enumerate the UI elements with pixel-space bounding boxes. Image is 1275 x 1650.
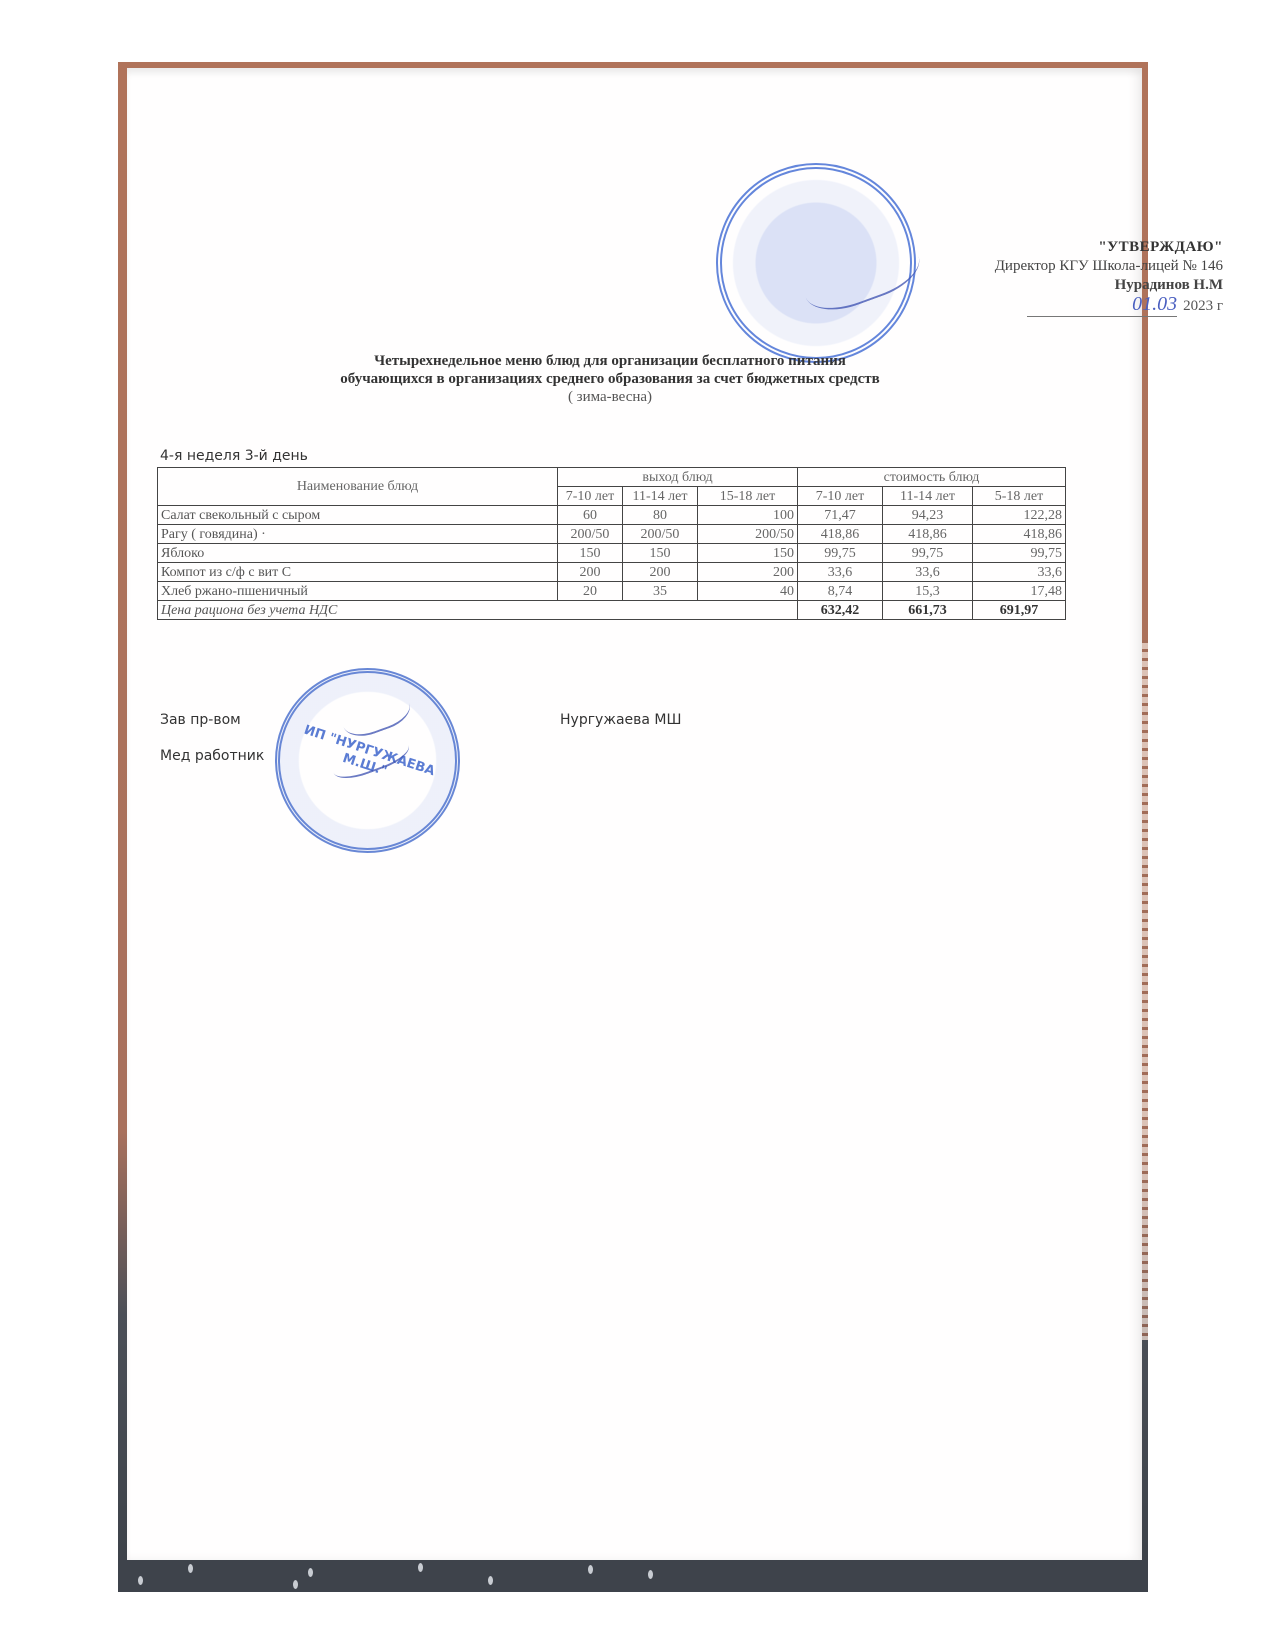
handwritten-date: 01.03	[1132, 293, 1177, 315]
background-bottom	[118, 1560, 1148, 1592]
medic-label: Мед работник	[160, 748, 264, 764]
output-value: 150	[623, 544, 698, 563]
paper-edge	[1142, 640, 1148, 1340]
output-value: 200/50	[558, 525, 623, 544]
dish-name: Компот из с/ф с вит С	[158, 563, 558, 582]
header-dish-name: Наименование блюд	[158, 468, 558, 506]
total-label: Цена рациона без учета НДС	[158, 601, 798, 620]
dish-name: Салат свекольный с сыром	[158, 506, 558, 525]
cost-value: 33,6	[973, 563, 1066, 582]
cost-value: 99,75	[973, 544, 1066, 563]
dish-name: Хлеб ржано-пшеничный	[158, 582, 558, 601]
output-value: 200	[698, 563, 798, 582]
cost-value: 418,86	[973, 525, 1066, 544]
dish-name: Яблоко	[158, 544, 558, 563]
approval-date: 01.032023 г	[995, 295, 1223, 317]
table-header-row: Наименование блюд выход блюд стоимость б…	[158, 468, 1066, 487]
header-cost-age: 5-18 лет	[973, 487, 1066, 506]
heading-line-2: обучающихся в организациях среднего обра…	[200, 370, 1020, 388]
table-row: Салат свекольный с сыром608010071,4794,2…	[158, 506, 1066, 525]
cost-value: 71,47	[798, 506, 883, 525]
output-value: 150	[558, 544, 623, 563]
output-value: 200/50	[623, 525, 698, 544]
dish-name: Рагу ( говядина) ·	[158, 525, 558, 544]
output-value: 60	[558, 506, 623, 525]
approval-name: Нурадинов Н.М	[995, 276, 1223, 295]
output-value: 80	[623, 506, 698, 525]
heading-season: ( зима-весна)	[200, 388, 1020, 406]
menu-table: Наименование блюд выход блюд стоимость б…	[157, 467, 1066, 620]
header-cost-age: 11-14 лет	[883, 487, 973, 506]
header-output-age: 7-10 лет	[558, 487, 623, 506]
output-value: 20	[558, 582, 623, 601]
heading-line-1: Четырехнедельное меню блюд для организац…	[200, 352, 1020, 370]
total-value: 691,97	[973, 601, 1066, 620]
total-value: 632,42	[798, 601, 883, 620]
header-output-age: 15-18 лет	[698, 487, 798, 506]
output-value: 150	[698, 544, 798, 563]
cost-value: 418,86	[798, 525, 883, 544]
header-cost-age: 7-10 лет	[798, 487, 883, 506]
head-name: Нургужаева МШ	[560, 712, 681, 728]
output-value: 35	[623, 582, 698, 601]
cost-value: 94,23	[883, 506, 973, 525]
output-value: 200/50	[698, 525, 798, 544]
date-line: 01.03	[1027, 295, 1177, 317]
cost-value: 122,28	[973, 506, 1066, 525]
cost-value: 418,86	[883, 525, 973, 544]
document-heading: Четырехнедельное меню блюд для организац…	[200, 352, 1020, 406]
output-value: 200	[623, 563, 698, 582]
header-output-group: выход блюд	[558, 468, 798, 487]
output-value: 100	[698, 506, 798, 525]
table-row: Рагу ( говядина) ·200/50200/50200/50418,…	[158, 525, 1066, 544]
output-value: 40	[698, 582, 798, 601]
cost-value: 33,6	[798, 563, 883, 582]
approval-title: "УТВЕРЖДАЮ"	[995, 238, 1223, 257]
approval-block: "УТВЕРЖДАЮ" Директор КГУ Школа-лицей № 1…	[995, 238, 1223, 317]
table-row: Хлеб ржано-пшеничный2035408,7415,317,48	[158, 582, 1066, 601]
approval-year: 2023 г	[1183, 298, 1223, 314]
total-row: Цена рациона без учета НДС632,42661,7369…	[158, 601, 1066, 620]
table-row: Компот из с/ф с вит С20020020033,633,633…	[158, 563, 1066, 582]
output-value: 200	[558, 563, 623, 582]
head-label: Зав пр-вом	[160, 712, 241, 728]
cost-value: 8,74	[798, 582, 883, 601]
table-row: Яблоко15015015099,7599,7599,75	[158, 544, 1066, 563]
cost-value: 33,6	[883, 563, 973, 582]
cost-value: 99,75	[883, 544, 973, 563]
approval-position: Директор КГУ Школа-лицей № 146	[995, 257, 1223, 276]
cost-value: 99,75	[798, 544, 883, 563]
cost-value: 17,48	[973, 582, 1066, 601]
document-page	[127, 68, 1142, 1560]
day-label: 4-я неделя 3-й день	[160, 448, 308, 464]
header-cost-group: стоимость блюд	[798, 468, 1066, 487]
header-output-age: 11-14 лет	[623, 487, 698, 506]
total-value: 661,73	[883, 601, 973, 620]
cost-value: 15,3	[883, 582, 973, 601]
